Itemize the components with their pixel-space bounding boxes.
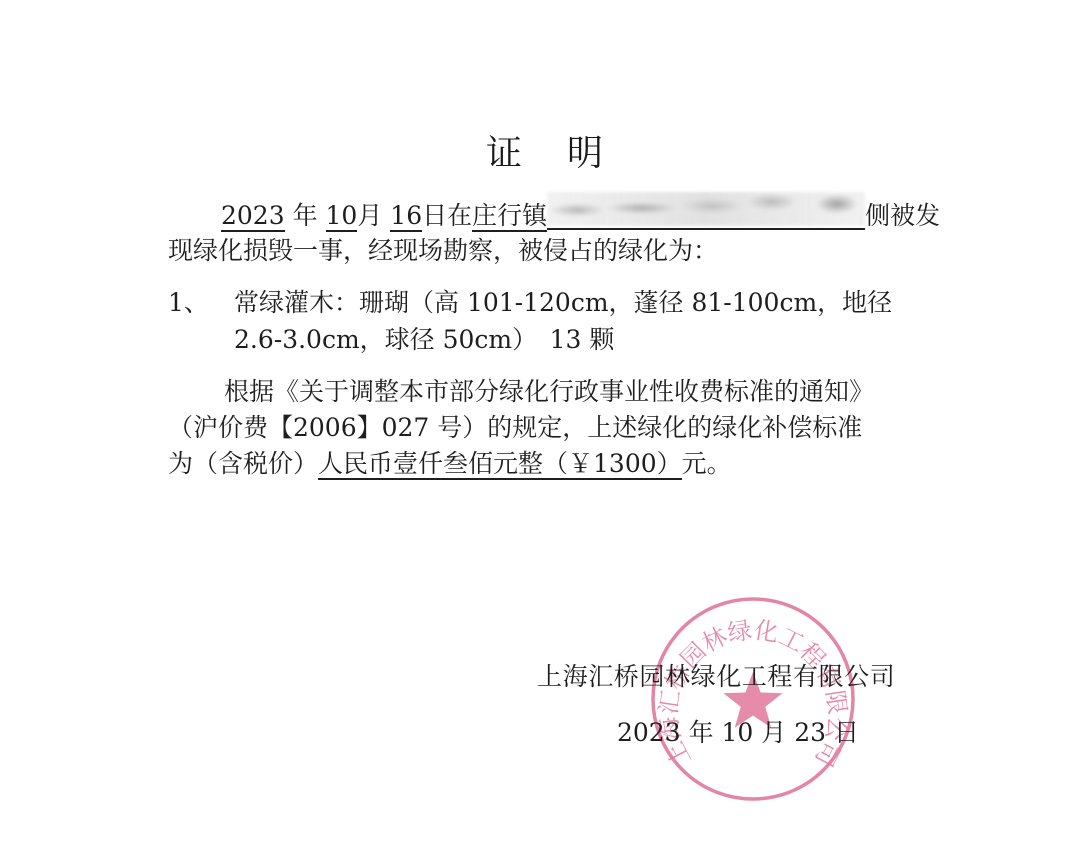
item-1-line-2: 2.6-3.0cm，球径 50cm） 13 颗: [234, 324, 614, 356]
price-suffix: 元。: [682, 449, 732, 478]
day-suffix: 日在: [422, 201, 472, 230]
incident-month: 10: [326, 201, 358, 232]
blur-mask: [547, 192, 865, 226]
month-suffix: 月: [357, 201, 390, 230]
location-tail: 侧被发: [865, 201, 940, 230]
incident-year: 2023: [221, 201, 285, 232]
signature-date: 2023 年 10 月 23 日: [617, 717, 859, 749]
year-suffix: 年: [285, 201, 326, 230]
compensation-amount: 人民币壹仟叁佰元整（￥1300）: [318, 449, 682, 480]
paragraph-2-line-3: 为（含税价）人民币壹仟叁佰元整（￥1300）元。: [168, 448, 732, 480]
incident-location: 庄行镇: [472, 201, 547, 232]
signature-company-name: 上海汇桥园林绿化工程有限公司: [537, 661, 895, 693]
item-1-number: 1、: [168, 287, 209, 319]
item-1-line-1: 常绿灌木：珊瑚（高 101-120cm，蓬径 81-100cm，地径: [234, 287, 892, 319]
paragraph-2-line-2: （沪价费【2006】027 号）的规定，上述绿化的绿化补偿标准: [168, 412, 862, 444]
paragraph-1-line-2: 现绿化损毁一事，经现场勘察，被侵占的绿化为：: [168, 235, 718, 267]
title-char-2: 明: [567, 130, 603, 178]
paragraph-2-line-1: 根据《关于调整本市部分绿化行政事业性收费标准的通知》: [224, 376, 874, 408]
document-page: 证明 2023 年 10月 16日在庄行镇侧被发 现绿化损毁一事，经现场勘察，被…: [0, 0, 1080, 863]
company-seal-stamp: 上海汇桥园林绿化工程有限公司: [648, 594, 858, 804]
paragraph-1-line-1: 2023 年 10月 16日在庄行镇侧被发: [221, 198, 940, 232]
incident-day: 16: [390, 201, 422, 232]
title-char-1: 证: [486, 130, 522, 178]
redacted-address: [547, 198, 865, 230]
document-title: 证明: [486, 130, 603, 178]
price-prefix: 为（含税价）: [168, 449, 318, 478]
